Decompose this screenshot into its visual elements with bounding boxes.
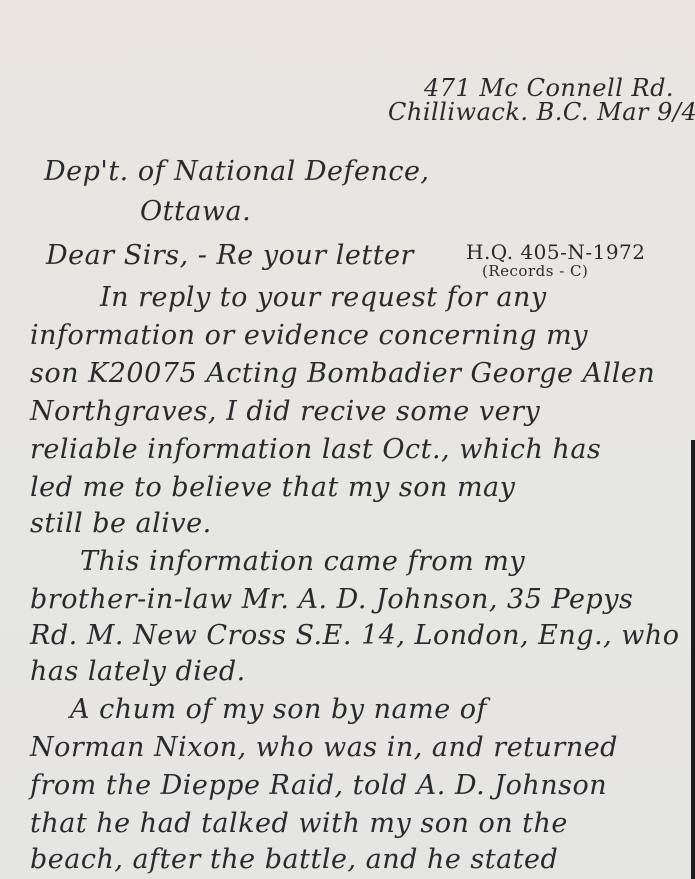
- body-line-11: has lately died.: [30, 656, 246, 687]
- body-line-10: Rd. M. New Cross S.E. 14, London, Eng., …: [30, 620, 680, 651]
- body-line-7: still be alive.: [30, 508, 212, 539]
- reference-note: (Records - C): [482, 262, 588, 280]
- body-line-2: information or evidence concerning my: [30, 320, 588, 351]
- body-line-1: In reply to your request for any: [100, 282, 547, 313]
- body-line-3: son K20075 Acting Bombadier George Allen: [30, 358, 655, 389]
- body-line-13: Norman Nixon, who was in, and returned: [30, 732, 618, 763]
- recipient-line-1: Dep't. of National Defence,: [44, 156, 430, 187]
- address-line-2-date: Chilliwack. B.C. Mar 9/43: [388, 98, 695, 126]
- body-line-8: This information came from my: [80, 546, 525, 577]
- body-line-16: beach, after the battle, and he stated: [30, 844, 558, 875]
- recipient-line-2: Ottawa.: [140, 196, 251, 227]
- body-line-9: brother-in-law Mr. A. D. Johnson, 35 Pep…: [30, 584, 633, 615]
- body-line-4: Northgraves, I did recive some very: [30, 396, 540, 427]
- body-line-12: A chum of my son by name of: [70, 694, 487, 725]
- letter-page: 471 Mc Connell Rd. Chilliwack. B.C. Mar …: [0, 0, 695, 879]
- body-line-14: from the Dieppe Raid, told A. D. Johnson: [30, 770, 607, 801]
- body-line-15: that he had talked with my son on the: [30, 808, 568, 839]
- body-line-5: reliable information last Oct., which ha…: [30, 434, 601, 465]
- body-line-6: led me to believe that my son may: [30, 472, 515, 503]
- salutation: Dear Sirs, - Re your letter: [46, 240, 414, 271]
- reference-number: H.Q. 405-N-1972: [466, 240, 646, 264]
- scan-edge-border: [691, 440, 695, 879]
